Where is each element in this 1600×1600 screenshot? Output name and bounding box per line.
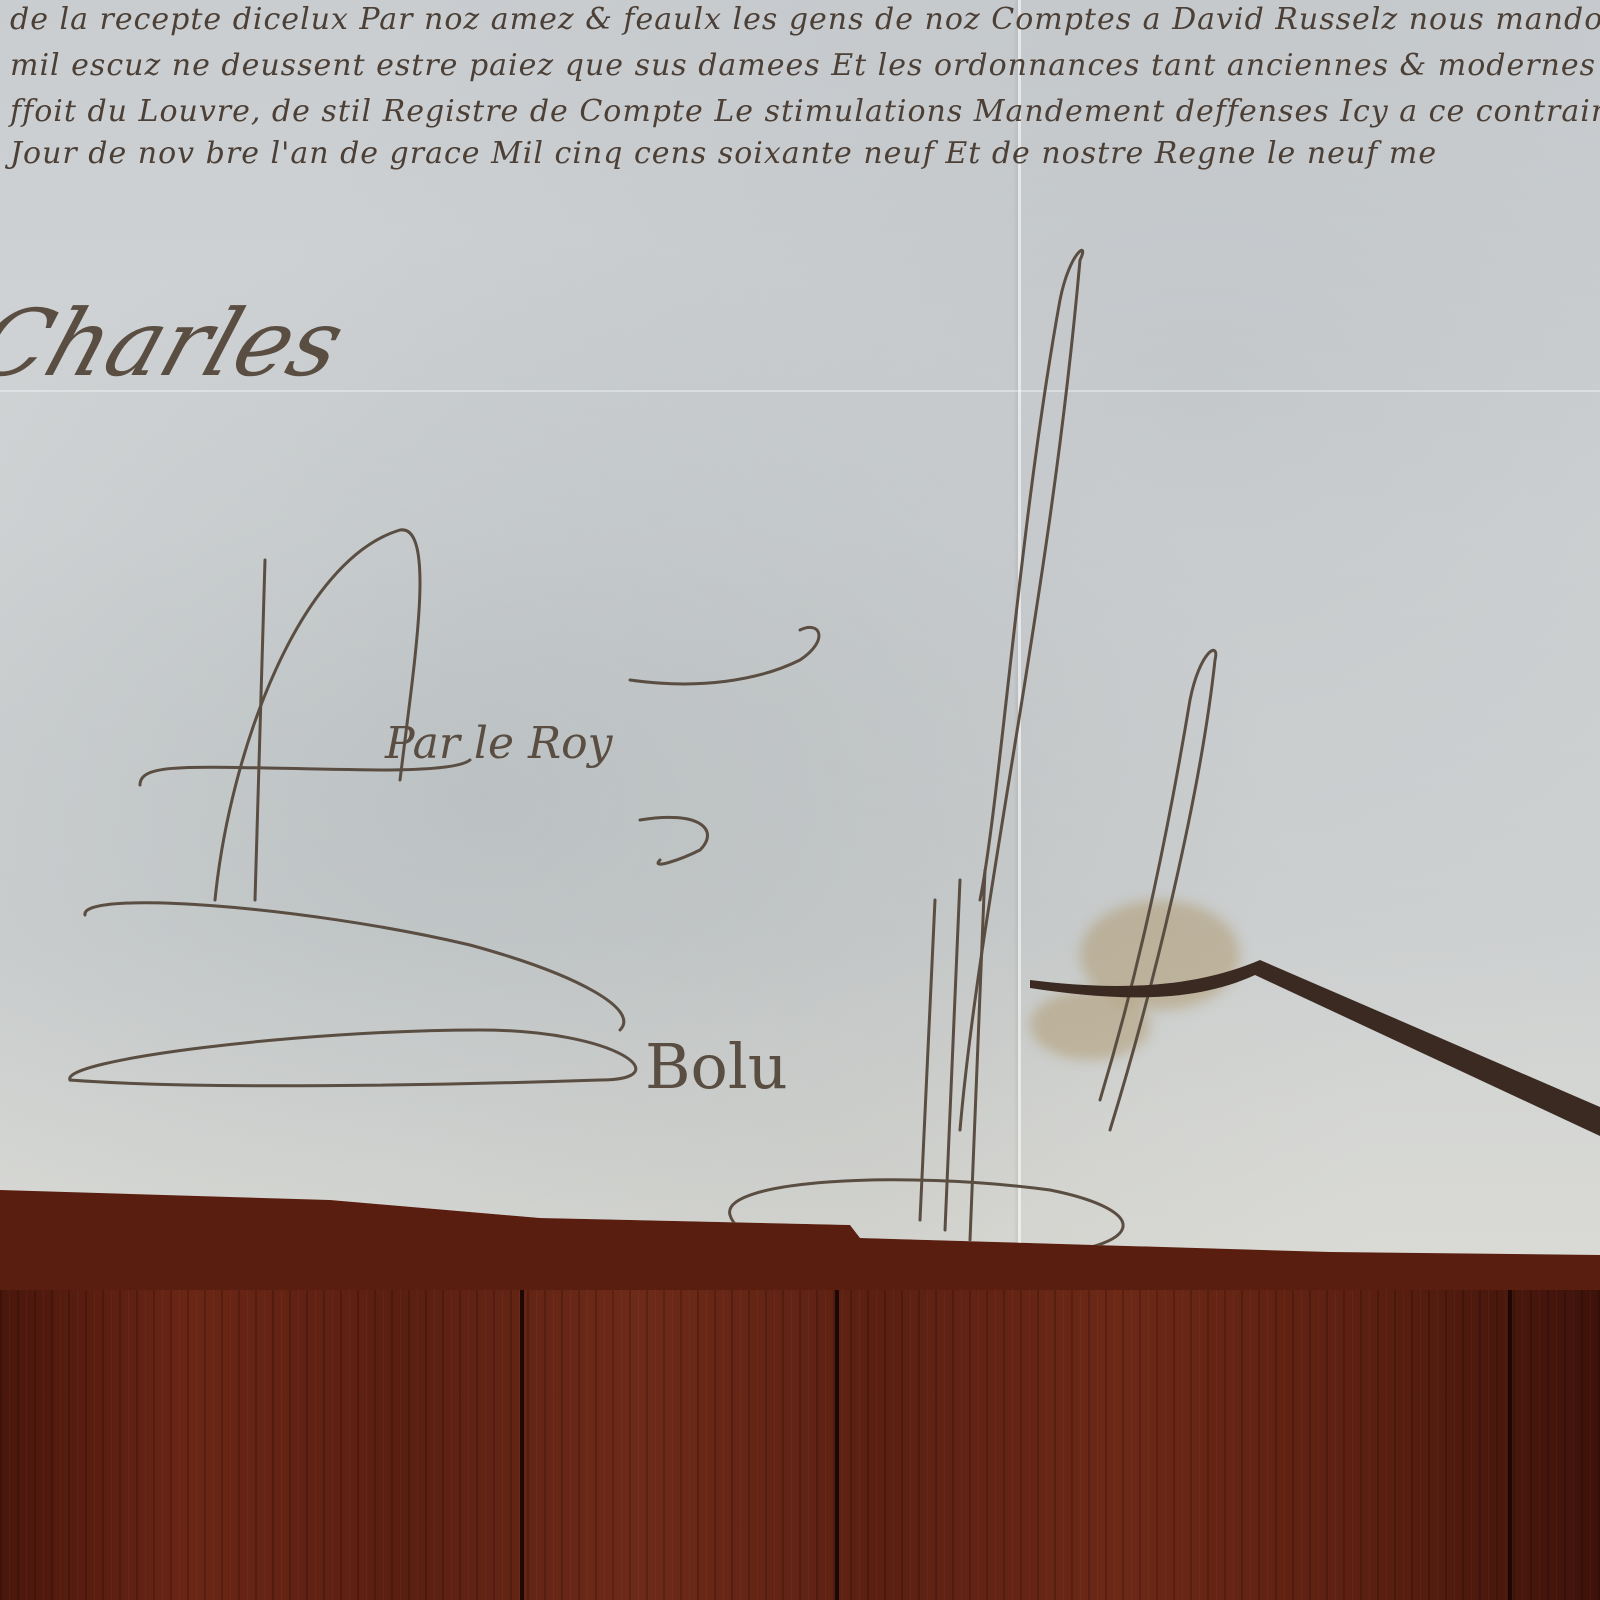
signature-par-le-roy: Par le Roy [385,718,612,769]
signature-secretary: Bolu [645,1030,788,1103]
manuscript-line-1: de la recepte dicelux Par noz amez & fea… [10,2,1600,37]
floor-plank-seam [520,1290,524,1600]
floor-plank-seam [1508,1290,1512,1600]
manuscript-line-2: mil escuz ne deussent estre paiez que su… [10,48,1600,83]
parchment-document: de la recepte dicelux Par noz amez & fea… [0,0,1600,1330]
parchment-tear [1030,960,1600,1160]
manuscript-line-4: Jour de nov bre l'an de grace Mil cinq c… [10,136,1437,171]
manuscript-line-3: ffoit du Louvre, de stil Registre de Com… [10,94,1600,129]
floor-plank-seam [835,1290,839,1600]
wood-floor-background [0,1290,1600,1600]
signature-charles: Charles [0,290,357,397]
vertical-fold-crease [1018,0,1021,1260]
